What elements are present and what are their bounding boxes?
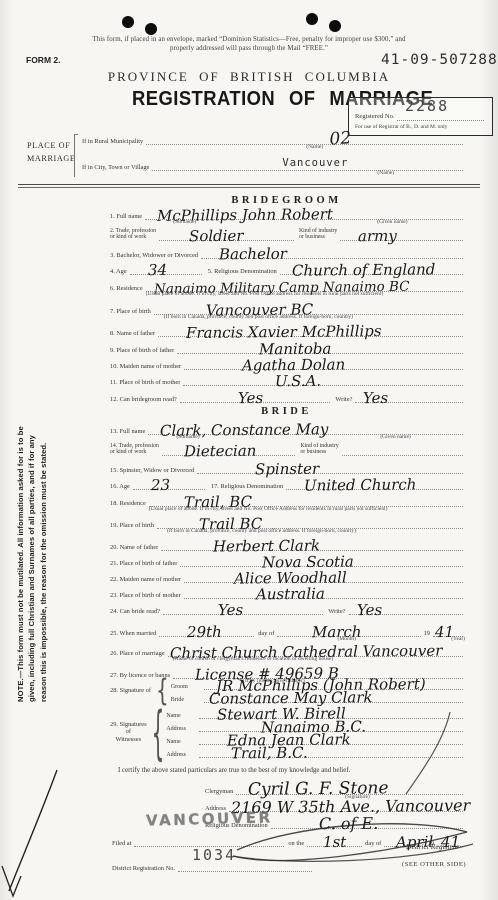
dotted-line: Clark, Constance May (Surname) (Given na…	[148, 423, 463, 435]
section-brace	[74, 134, 78, 177]
handwritten-age: 34	[148, 263, 167, 278]
handwritten-religion: United Church	[304, 477, 417, 493]
dotted-line: Yes	[355, 391, 463, 403]
dotted-line: Herbert Clark	[161, 539, 463, 551]
dotted-line: Constance May Clark	[204, 691, 463, 703]
punch-hole-dot	[122, 16, 134, 28]
witness-label-line2: of	[110, 728, 147, 735]
field-bride-status: 15. Spinster, Widow or Divorced Spinster	[110, 463, 463, 474]
dotted-line: (Name)	[146, 133, 463, 145]
field-label: 25. When married	[110, 630, 156, 637]
field-bride-age-religion: 16. Age 23 17. Religious Denomination Un…	[110, 479, 463, 490]
handwritten-write: Yes	[363, 391, 388, 406]
year-hint: (Year)	[451, 636, 465, 642]
field-groom-status: 3. Bachelor, Widower or Divorced Bachelo…	[110, 248, 463, 259]
dotted-line: March (Month)	[277, 625, 420, 637]
handwritten-religion: Church of England	[292, 262, 436, 279]
field-city-town-village: If in City, Town or Village Vancouver (N…	[82, 160, 463, 171]
surname-hint: (Surname)	[173, 219, 196, 225]
field-groom-age-religion: 4. Age 34 5. Religious Denomination Chur…	[110, 264, 463, 275]
handwritten-value: Dietecian	[184, 444, 257, 460]
margin-note-line3: reason this is impossible, the reason fo…	[38, 274, 49, 702]
industry-label-line1: Kind of industry	[300, 443, 338, 450]
birthplace-hint: (If born in Canada, province, county and…	[164, 314, 353, 320]
place-of-marriage-label: PLACE OF MARRIAGE	[27, 140, 75, 165]
witnesses-label: 29. Signatures of Witnesses	[110, 721, 147, 743]
handwritten-value: U.S.A.	[275, 374, 321, 389]
surname-hint: (Surname)	[176, 434, 199, 440]
punch-hole-dot	[145, 23, 157, 35]
province-title: PROVINCE OF BRITISH COLUMBIA	[0, 69, 498, 85]
witness2-address: Trail, B.C.	[231, 746, 308, 762]
industry-label-line2: or business	[300, 449, 338, 456]
clergyman-label: Clergyman	[205, 788, 233, 795]
dotted-line: Agatha Dolan	[184, 358, 463, 370]
religion-label: 17. Religious Denomination	[211, 483, 283, 490]
field-bride-father: 20. Name of father Herbert Clark	[110, 540, 463, 551]
field-bride-mother: 22. Maiden name of mother Alice Woodhall	[110, 572, 463, 583]
birthplace-hint: (If born in Canada, province, county and…	[167, 528, 356, 534]
field-label: 14. Trade, profession or kind of work	[110, 443, 159, 456]
witness-label-line1: 29. Signatures	[110, 721, 147, 728]
field-bride-father-birthplace: 21. Place of birth of father Nova Scotia	[110, 556, 463, 567]
industry-label-line1: Kind of industry	[299, 228, 337, 235]
dotted-line: 41 (Year)	[433, 625, 463, 637]
place-hint: (Name of church or clergyman's residence…	[173, 656, 334, 662]
certify-statement: I certify the above stated particulars a…	[118, 767, 350, 774]
dotted-line: Alice Woodhall	[184, 571, 463, 583]
field-groom-residence: 6. Residence Nanaimo Military Camp Nanai…	[110, 281, 463, 292]
punch-hole-dot	[329, 20, 341, 32]
handwritten-day: 29th	[187, 625, 222, 640]
field-label: If in City, Town or Village	[82, 164, 149, 171]
field-label: 1. Full name	[110, 213, 142, 220]
field-bride-full-name: 13. Full name Clark, Constance May (Surn…	[110, 424, 463, 435]
margin-note: NOTE.—This form must not be mutilated. A…	[15, 274, 49, 702]
margin-note-line1: NOTE.—This form must not be mutilated. A…	[15, 274, 26, 702]
bride-signature-row: Bride Constance May Clark	[171, 690, 463, 703]
read-label: 12. Can bridegroom read?	[110, 396, 177, 403]
dotted-line: Nanaimo Military Camp Nanaimo BC (Usual …	[146, 280, 463, 292]
serial-number-stamp: 41-09-507288	[381, 52, 498, 68]
field-place-of-marriage: 26. Place of marriage Christ Church Cath…	[110, 646, 463, 657]
field-label: 8. Name of father	[110, 330, 155, 337]
handwritten-value: Australia	[256, 587, 325, 603]
field-groom-father-birthplace: 9. Place of birth of father Manitoba	[110, 343, 463, 354]
registrar-signature	[225, 812, 480, 872]
dotted-line: Francis Xavier McPhillips	[158, 325, 463, 337]
write-label: Write?	[328, 608, 345, 615]
field-groom-literacy: 12. Can bridegroom read? Yes Write? Yes	[110, 392, 463, 403]
field-when-married: 25. When married 29th day of March (Mont…	[110, 626, 463, 637]
dotted-line	[342, 444, 463, 456]
field-label: 2. Trade, profession or kind of work	[110, 228, 156, 241]
dotted-line: Bachelor	[201, 247, 463, 259]
field-bride-residence: 18. Residence Trail, BC (Usual place of …	[110, 496, 463, 507]
mail-instruction-line2: properly addressed will pass through the…	[0, 45, 498, 52]
field-label: 22. Maiden name of mother	[110, 576, 181, 583]
form-number-label: FORM 2.	[26, 55, 60, 65]
dotted-line: United Church	[286, 478, 463, 490]
section-divider	[18, 184, 480, 188]
field-label: 3. Bachelor, Widower or Divorced	[110, 252, 198, 259]
field-label: 21. Place of birth of father	[110, 560, 177, 567]
year-prefix: 19	[424, 630, 430, 637]
dotted-line: U.S.A.	[183, 374, 463, 386]
filed-at-label: Filed at	[112, 840, 131, 847]
handwritten-value: Spinster	[255, 462, 319, 478]
given-name-hint: (Given name)	[380, 434, 410, 440]
dotted-line: Vancouver BC (If born in Canada, provinc…	[154, 303, 463, 315]
place-of-marriage-line1: PLACE OF	[27, 141, 70, 150]
field-bride-mother-birthplace: 23. Place of birth of mother Australia	[110, 588, 463, 599]
residence-hint: (Usual place of abode. If in city, stree…	[146, 291, 383, 297]
dotted-line: Yes	[163, 603, 323, 615]
handwritten-read: Yes	[238, 391, 263, 406]
field-label: 19. Place of birth	[110, 522, 154, 529]
dotted-line: Soldier	[159, 229, 294, 241]
dotted-line: Christ Church Cathedral Vancouver (Name …	[168, 645, 463, 657]
day-of-label: day of	[258, 630, 274, 637]
signature-flourish	[398, 708, 456, 800]
witness-label-line3: Witnesses	[110, 736, 147, 743]
dotted-line	[397, 120, 484, 121]
field-label: 13. Full name	[110, 428, 145, 435]
field-label: 7. Place of birth	[110, 308, 151, 315]
field-label: 15. Spinster, Widow or Divorced	[110, 467, 194, 474]
handwritten-age: 23	[151, 478, 170, 493]
field-groom-birthplace: 7. Place of birth Vancouver BC (If born …	[110, 304, 463, 315]
field-label: 26. Place of marriage	[110, 650, 165, 657]
field-bride-birthplace: 19. Place of birth Trail BC (If born in …	[110, 518, 463, 529]
dotted-line: Manitoba	[177, 342, 463, 354]
dotted-line: Spinster	[197, 462, 463, 474]
age-label: 4. Age	[110, 268, 127, 275]
bride-label: Bride	[171, 697, 201, 703]
field-groom-mother: 10. Maiden name of mother Agatha Dolan	[110, 359, 463, 370]
bridegroom-section-title: BRIDEGROOM	[110, 195, 463, 206]
dotted-line: army	[340, 229, 463, 241]
field-rural-municipality: If in Rural Municipality (Name)	[82, 134, 463, 145]
registered-no-note: For use of Registrar of B., D. and M. on…	[355, 124, 447, 130]
religion-label: 5. Religious Denomination	[208, 268, 277, 275]
field-label: If in Rural Municipality	[82, 138, 143, 145]
field-label: 20. Name of father	[110, 544, 158, 551]
dotted-line: Yes	[349, 603, 464, 615]
field-label: 9. Place of birth of father	[110, 347, 174, 354]
write-label: Write?	[335, 396, 352, 403]
district-label: District Registration No.	[112, 865, 175, 872]
read-label: 24. Can bride read?	[110, 608, 160, 615]
field-bride-literacy: 24. Can bride read? Yes Write? Yes	[110, 604, 463, 615]
margin-note-line2: given, including full Christian and Surn…	[26, 274, 37, 702]
dotted-line: Vancouver (Name)	[152, 159, 463, 171]
registered-no-stamp: 2288	[405, 97, 449, 115]
industry-label: Kind of industry or business	[299, 228, 337, 241]
handwritten-write: Yes	[356, 603, 381, 618]
handwritten-value: Bachelor	[219, 247, 287, 263]
field-label: 11. Place of birth of mother	[110, 379, 180, 386]
residence-hint: (Usual place of abode. If in city, stree…	[149, 506, 388, 512]
name-hint: (Name)	[306, 144, 323, 150]
handwritten-value: Soldier	[189, 229, 244, 245]
dotted-line: 29th	[159, 625, 254, 637]
brace-glyph: {	[152, 697, 165, 767]
place-of-marriage-line2: MARRIAGE	[27, 154, 75, 163]
dotted-line: Dietecian	[162, 444, 295, 456]
field-bride-trade: 14. Trade, profession or kind of work Di…	[110, 443, 463, 456]
given-name-hint: (Given name)	[377, 219, 407, 225]
signature-of-label: 28. Signature of	[110, 687, 151, 694]
industry-label-line2: or business	[299, 234, 337, 241]
field-label: 23. Place of birth of mother	[110, 592, 181, 599]
dotted-line: Trail BC (If born in Canada, province, c…	[157, 517, 463, 529]
field-groom-mother-birthplace: 11. Place of birth of mother U.S.A.	[110, 375, 463, 386]
dotted-line: Australia	[184, 587, 463, 599]
field-groom-trade: 2. Trade, profession or kind of work Sol…	[110, 228, 463, 241]
field-label: 6. Residence	[110, 285, 143, 292]
dotted-line: McPhillips John Robert (Surname) (Given …	[145, 208, 463, 220]
handwritten-read: Yes	[218, 603, 243, 618]
dotted-line: Yes	[180, 391, 331, 403]
registered-no-box: 2288 Registered No. For use of Registrar…	[348, 97, 493, 136]
address-label: Address	[166, 752, 196, 758]
marriage-registration-form: This form, if placed in an envelope, mar…	[0, 0, 498, 900]
mail-instruction-line1: This form, if placed in an envelope, mar…	[0, 36, 498, 43]
field-label: 10. Maiden name of mother	[110, 363, 181, 370]
checkmark-stroke	[0, 758, 70, 900]
dotted-line: 23	[133, 478, 205, 490]
trade-label-line2: or kind of work	[110, 234, 156, 241]
age-label: 16. Age	[110, 483, 130, 490]
registered-no-label: Registered No.	[355, 113, 395, 120]
trade-label-line2: or kind of work	[110, 449, 159, 456]
field-groom-full-name: 1. Full name McPhillips John Robert (Sur…	[110, 209, 463, 220]
month-hint: (Month)	[338, 636, 356, 642]
industry-label: Kind of industry or business	[300, 443, 338, 456]
dotted-line: Trail, BC (Usual place of abode. If in c…	[149, 495, 463, 507]
punch-hole-dot	[306, 13, 318, 25]
bride-section-title: BRIDE	[110, 406, 463, 417]
handwritten-value: Francis Xavier McPhillips	[186, 324, 382, 341]
dotted-line: 34	[130, 263, 202, 275]
field-groom-father: 8. Name of father Francis Xavier McPhill…	[110, 326, 463, 337]
dotted-line: Nova Scotia	[180, 555, 463, 567]
name-hint: (Name)	[377, 170, 394, 176]
handwritten-value: army	[358, 229, 397, 244]
field-label: 18. Residence	[110, 500, 146, 507]
dotted-line: Church of England	[280, 263, 463, 275]
